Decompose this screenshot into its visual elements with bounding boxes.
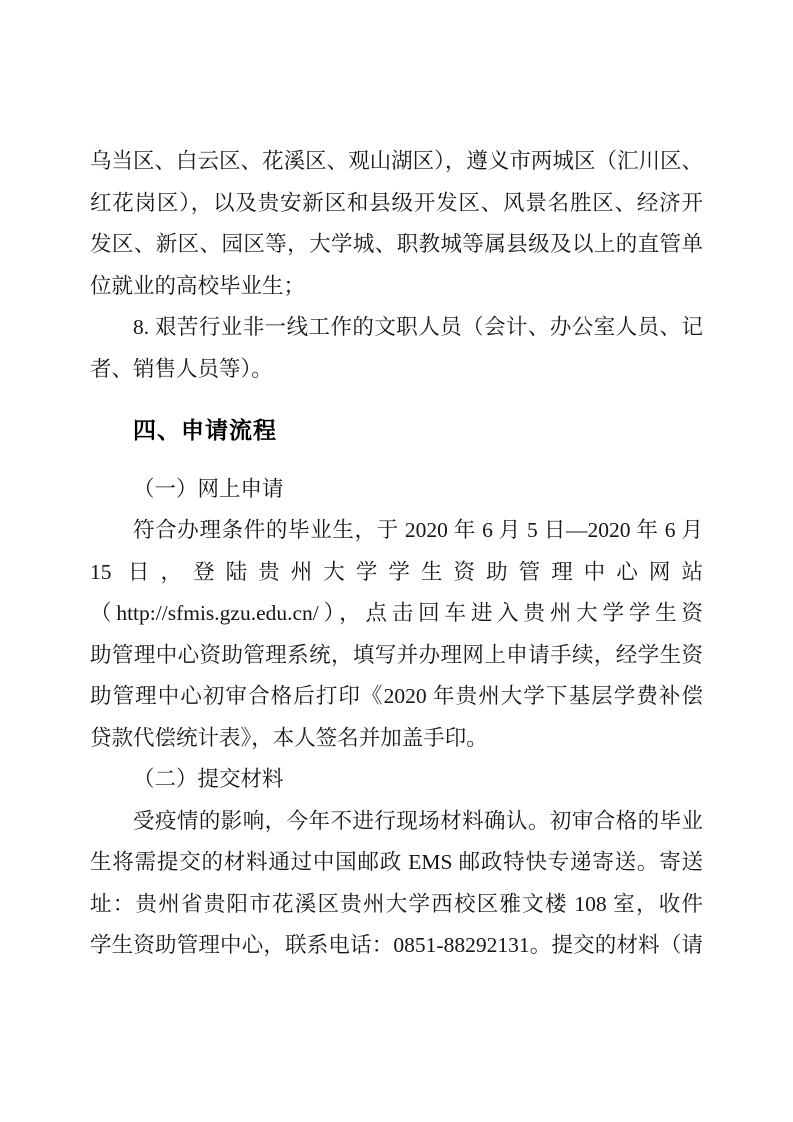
doc-line: 址：贵州省贵阳市花溪区贵州大学西校区雅文楼 108 室，收件人：: [90, 884, 703, 926]
subsection-title: （一）网上申请: [90, 469, 703, 511]
document-page: 乌当区、白云区、花溪区、观山湖区），遵义市两城区（汇川区、 红花岗区），以及贵安…: [0, 0, 793, 1122]
doc-line: 15 日，登陆贵州大学学生资助管理中心网站: [90, 552, 703, 594]
doc-line: 助管理中心初审合格后打印《2020 年贵州大学下基层学费补偿: [90, 676, 703, 718]
doc-line: 贷款代偿统计表》，本人签名并加盖手印。: [90, 718, 703, 760]
doc-line: （http://sfmis.gzu.edu.cn/），点击回车进入贵州大学学生资: [90, 593, 703, 635]
doc-line: 乌当区、白云区、花溪区、观山湖区），遵义市两城区（汇川区、: [90, 141, 703, 183]
doc-line: 红花岗区），以及贵安新区和县级开发区、风景名胜区、经济开: [90, 183, 703, 225]
doc-line: 位就业的高校毕业生；: [90, 266, 703, 308]
document-body: 乌当区、白云区、花溪区、观山湖区），遵义市两城区（汇川区、 红花岗区），以及贵安…: [90, 141, 703, 967]
doc-line: 符合办理条件的毕业生，于 2020 年 6 月 5 日—2020 年 6 月: [90, 510, 703, 552]
doc-line: 生将需提交的材料通过中国邮政 EMS 邮政特快专递寄送。寄送地: [90, 842, 703, 884]
section-heading: 四、申请流程: [90, 410, 703, 452]
doc-line: 发区、新区、园区等，大学城、职教城等属县级及以上的直管单: [90, 224, 703, 266]
doc-line: 者、销售人员等）。: [90, 349, 703, 391]
doc-line: 受疫情的影响，今年不进行现场材料确认。初审合格的毕业: [90, 801, 703, 843]
doc-line: 学生资助管理中心，联系电话：0851-88292131。提交的材料（请: [90, 925, 703, 967]
subsection-title: （二）提交材料: [90, 759, 703, 801]
doc-line: 8. 艰苦行业非一线工作的文职人员（会计、办公室人员、记: [90, 307, 703, 349]
doc-line: 助管理中心资助管理系统，填写并办理网上申请手续，经学生资: [90, 635, 703, 677]
